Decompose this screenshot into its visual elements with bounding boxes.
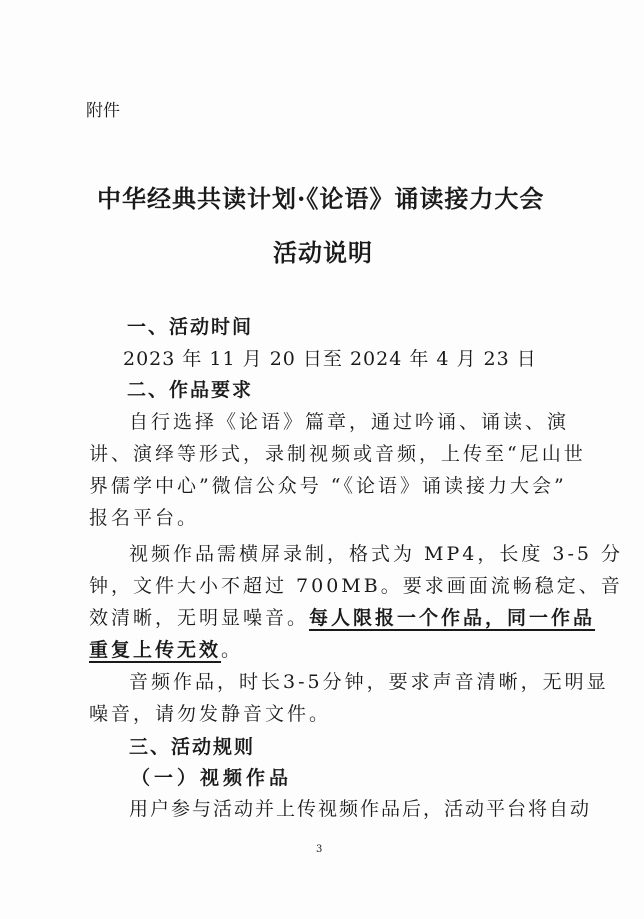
document-title-line2: 活动说明 bbox=[273, 241, 373, 265]
section2-para1-line: 自行选择《论语》篇章，通过吟诵、诵读、演 bbox=[129, 413, 569, 432]
document-title-line1: 中华经典共读计划·《论语》诵读接力大会 bbox=[97, 187, 544, 211]
upload-limit-emphasis: 重复上传无效 bbox=[89, 639, 221, 661]
section2-para3-line: 音频作品，时长3-5分钟，要求声音清晰，无明显 bbox=[129, 673, 609, 692]
section2-para1-line: 讲、演绎等形式，录制视频或音频，上传至“尼山世 bbox=[89, 445, 586, 464]
section3-para1-line: 用户参与活动并上传视频作品后，活动平台将自动 bbox=[129, 800, 591, 819]
attachment-label: 附件 bbox=[86, 103, 120, 120]
section2-para2-line-emphasis-end: 重复上传无效。 bbox=[89, 641, 243, 660]
activity-date-range: 2023 年 11 月 20 日至 2024 年 4 月 23 日 bbox=[123, 350, 537, 369]
section2-para1-line: 报名平台。 bbox=[89, 509, 199, 528]
section2-para2-line: 钟，文件大小不超过 700MB。要求画面流畅稳定、音 bbox=[89, 577, 623, 596]
section2-para2-line: 视频作品需横屏录制，格式为 MP4，长度 3-5 分 bbox=[129, 545, 623, 564]
section1-heading: 一、活动时间 bbox=[127, 318, 253, 337]
section2-para2-line-with-emphasis: 效清晰，无明显噪音。每人限报一个作品，同一作品 bbox=[89, 609, 595, 628]
page-number: 3 bbox=[316, 845, 322, 855]
section3-subheading: （一）视频作品 bbox=[131, 769, 292, 788]
section3-heading: 三、活动规则 bbox=[129, 738, 255, 757]
section2-para3-line: 噪音，请勿发静音文件。 bbox=[89, 705, 331, 724]
section2-para2-end: 。 bbox=[221, 639, 243, 661]
section2-para1-line: 界儒学中心”微信公众号 “《论语》诵读接力大会” bbox=[89, 477, 567, 496]
section2-para2-text: 效清晰，无明显噪音。 bbox=[89, 607, 309, 629]
section2-heading: 二、作品要求 bbox=[127, 381, 253, 400]
upload-limit-emphasis: 每人限报一个作品，同一作品 bbox=[309, 607, 595, 629]
